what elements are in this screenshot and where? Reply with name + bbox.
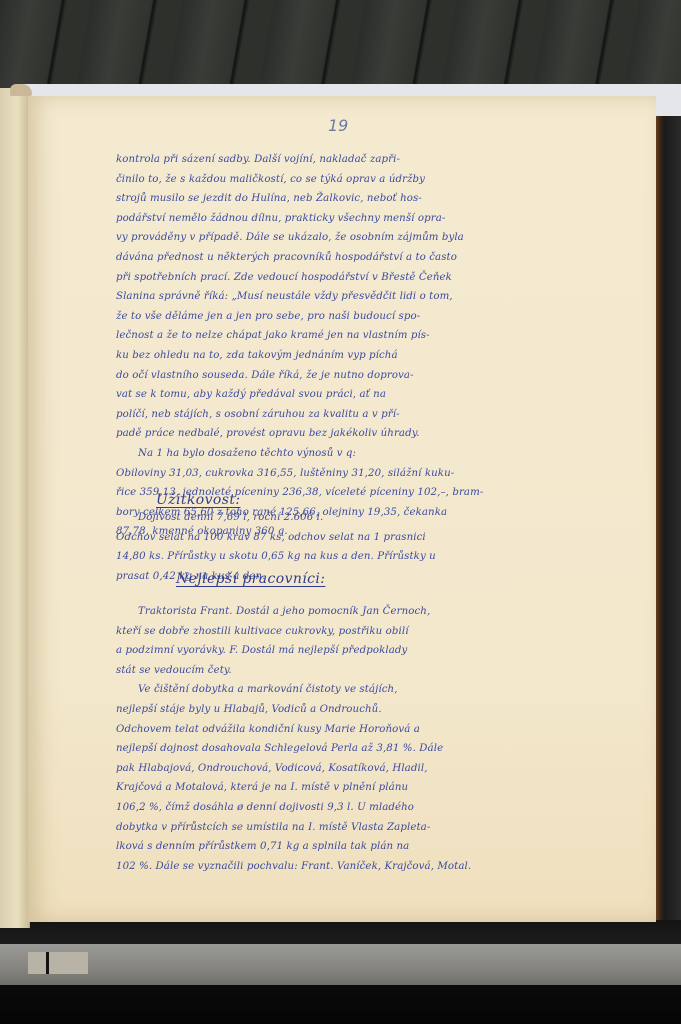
text-line: vat se k tomu, aby každý předával svou p… bbox=[116, 385, 566, 405]
text-line: podářství nemělo žádnou dílnu, prakticky… bbox=[116, 209, 566, 229]
page-number: 19 bbox=[328, 116, 348, 135]
text-line: Traktorista Frant. Dostál a jeho pomocní… bbox=[116, 602, 566, 622]
text-line: nejlepší stáje byly u Hlabajů, Vodiců a … bbox=[116, 700, 566, 720]
text-line: Obiloviny 31,03, cukrovka 316,55, luštěn… bbox=[116, 464, 566, 484]
text-line: lková s denním přírůstkem 0,71 kg a spln… bbox=[116, 837, 566, 857]
book-cover-edge bbox=[654, 116, 681, 936]
text-line: vy prováděny v případě. Dále se ukázalo,… bbox=[116, 228, 566, 248]
text-line: a podzimní vyorávky. F. Dostál má nejlep… bbox=[116, 641, 566, 661]
text-line: padě práce nedbalé, provést opravu bez j… bbox=[116, 424, 566, 444]
text-line: ku bez ohledu na to, zda takovým jednání… bbox=[116, 346, 566, 366]
text-line: 106,2 %, čímž dosáhla ø denní dojivosti … bbox=[116, 798, 566, 818]
text-line: 14,80 ks. Přírůstky u skotu 0,65 kg na k… bbox=[116, 547, 566, 567]
text-line: Odchovem telat odvážila kondiční kusy Ma… bbox=[116, 720, 566, 740]
text-line: do očí vlastního souseda. Dále říká, že … bbox=[116, 366, 566, 386]
text-line: Krajčová a Motalová, která je na I. míst… bbox=[116, 778, 566, 798]
text-line: kteří se dobře zhostili kultivace cukrov… bbox=[116, 622, 566, 642]
background-floor bbox=[0, 985, 681, 1024]
document-page: 19 kontrola při sázení sadby. Další vojí… bbox=[28, 96, 656, 922]
text-line: Odchov selat na 100 krav 87 ks, odchov s… bbox=[116, 528, 566, 548]
workers-heading-wrap: Nejlepší pracovníci: bbox=[116, 570, 566, 591]
text-line: činilo to, že s každou maličkostí, co se… bbox=[116, 170, 566, 190]
text-line: dobytka v přírůstcích se umístila na I. … bbox=[116, 818, 566, 838]
text-line: Dojivost denní 7,69 l, roční 2.606 l. bbox=[116, 508, 566, 528]
text-line: políčí, neb stájích, s osobní záruhou za… bbox=[116, 405, 566, 425]
text-line: že to vše děláme jen a jen pro sebe, pro… bbox=[116, 307, 566, 327]
background-wall bbox=[0, 0, 681, 90]
section-heading-workers: Nejlepší pracovníci: bbox=[176, 570, 325, 590]
text-line: nejlepší dojnost dosahovala Schlegelová … bbox=[116, 739, 566, 759]
board-bottom-rail bbox=[0, 944, 681, 986]
text-line: Na 1 ha bylo dosaženo těchto výnosů v q: bbox=[116, 444, 566, 464]
text-line: pak Hlabajová, Ondrouchová, Vodicová, Ko… bbox=[116, 759, 566, 779]
text-line: lečnost a že to nelze chápat jako kramé … bbox=[116, 326, 566, 346]
rail-label bbox=[28, 952, 88, 974]
text-line: dávána přednost u některých pracovníků h… bbox=[116, 248, 566, 268]
text-line: stát se vedoucím čety. bbox=[116, 661, 566, 681]
intro-paragraph: kontrola při sázení sadby. Další vojíní,… bbox=[116, 150, 566, 542]
text-line: Ve čištění dobytka a markování čistoty v… bbox=[116, 680, 566, 700]
text-line: Slanina správně říká: „Musí neustále vžd… bbox=[116, 287, 566, 307]
text-line: strojů musilo se jezdit do Hulína, neb Ž… bbox=[116, 189, 566, 209]
workers-paragraph: Traktorista Frant. Dostál a jeho pomocní… bbox=[116, 602, 566, 876]
text-line: při spotřebních prací. Zde vedoucí hospo… bbox=[116, 268, 566, 288]
text-line: 102 %. Dále se vyznačili pochvalu: Frant… bbox=[116, 857, 566, 877]
left-binding-page bbox=[0, 88, 30, 928]
text-line: kontrola při sázení sadby. Další vojíní,… bbox=[116, 150, 566, 170]
